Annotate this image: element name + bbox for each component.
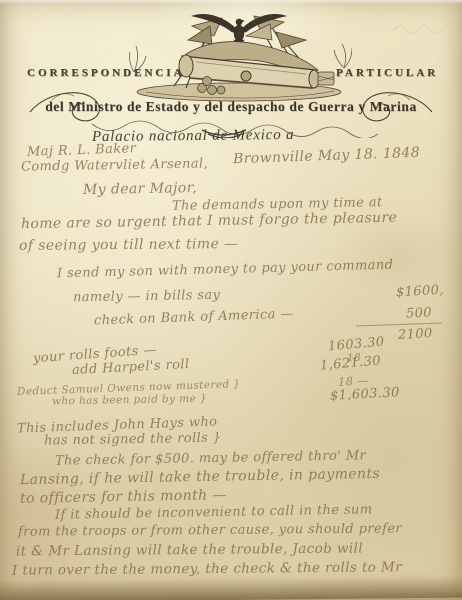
scan-edge-bottom [0, 576, 462, 600]
account-subtotal: 2100 [398, 326, 433, 343]
scanned-letter-page: CORRESPONDENCIA PARTICULAR del Ministro … [0, 0, 462, 600]
letterhead-ministry-line: del Ministro de Estado y del despacho de… [0, 99, 462, 115]
account-bills-label: namely — in bills say [73, 288, 221, 306]
account-check-label: check on Bank of America — [94, 307, 294, 329]
scan-edge-top [0, 0, 462, 4]
account-check-amount: 500 [406, 305, 433, 321]
account-add-total: 1,621.30 [319, 353, 381, 373]
body-line: home are so urgent that I must forgo the… [21, 210, 398, 233]
body-line: I turn over the the money, the check & t… [12, 559, 402, 578]
account-deduct-note-2: who has been paid by me } [52, 393, 207, 408]
letterhead-right-label: PARTICULAR [336, 67, 438, 79]
addressee-post: Comdg Watervliet Arsenal, [21, 156, 208, 174]
salutation: My dear Major, [83, 180, 197, 198]
body-line: from the troops or from other cause, you… [18, 521, 402, 539]
note-line: has not signed the rolls } [44, 430, 222, 448]
ink-showthrough [392, 20, 452, 38]
body-line: of seeing you till next time — [19, 236, 239, 254]
body-line: it & Mr Lansing will take the trouble, J… [16, 540, 363, 559]
dateline: Brownville May 18. 1848 [233, 145, 421, 168]
account-bills-amount: $1600, [396, 283, 445, 300]
body-line: I send my son with money to pay your com… [57, 258, 394, 282]
account-final-total: $1,603.30 [330, 385, 400, 404]
body-line: Lansing, if he will take the trouble, in… [20, 466, 380, 488]
letterhead-left-label: CORRESPONDENCIA [27, 67, 184, 79]
body-line: to officers for this month — [20, 487, 227, 507]
body-line: The check for $500. may be offered thro'… [55, 448, 366, 468]
